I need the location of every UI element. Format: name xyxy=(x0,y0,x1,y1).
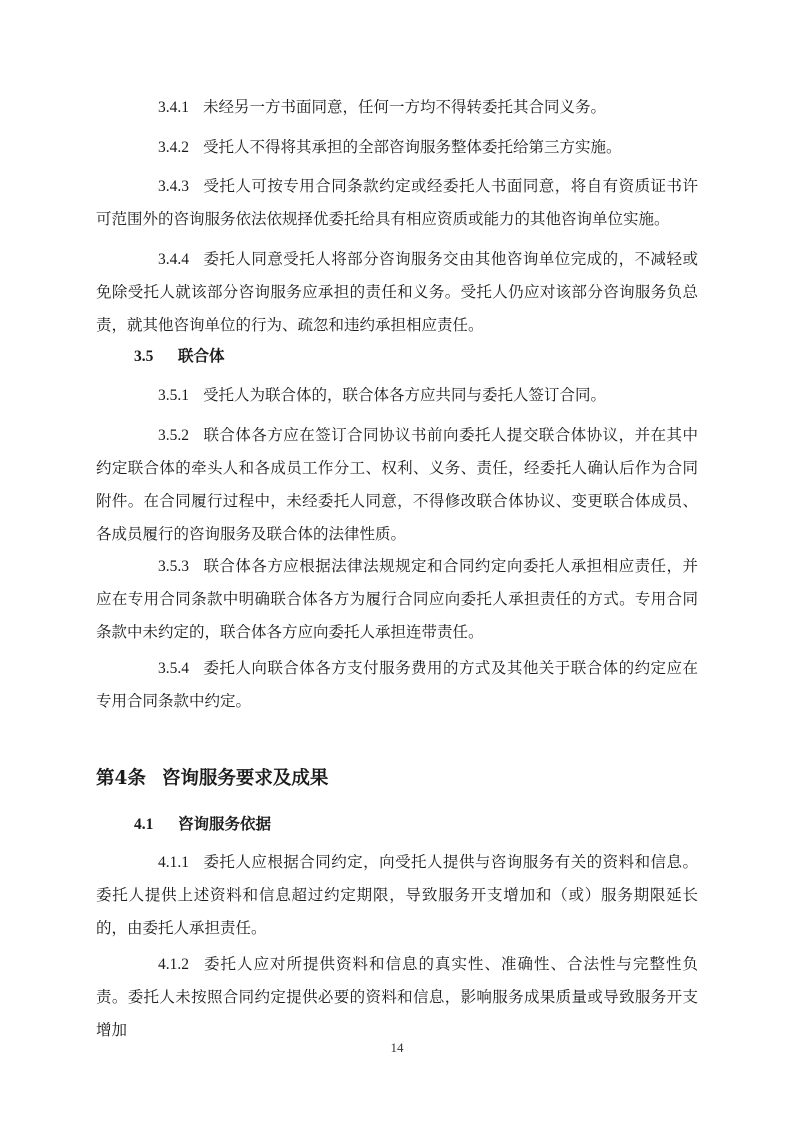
clause-number: 3.4.2 xyxy=(127,131,189,164)
clause-text: 未经另一方书面同意，任何一方均不得转委托其合同义务。 xyxy=(203,98,606,116)
article-number: 第4条 xyxy=(96,765,146,793)
clause-number: 3.4.4 xyxy=(127,243,189,276)
clause-4-1-2: 4.1.2委托人应对所提供资料和信息的真实性、准确性、合法性与完整性负责。委托人… xyxy=(96,948,698,1047)
clause-text: 受托人为联合体的，联合体各方应共同与委托人签订合同。 xyxy=(203,386,606,404)
section-number: 4.1 xyxy=(134,813,178,837)
clause-number: 4.1.1 xyxy=(127,846,189,879)
page-number: 14 xyxy=(0,1040,794,1056)
clause-number: 3.4.1 xyxy=(127,91,189,124)
clause-number: 3.5.1 xyxy=(127,379,189,412)
section-number: 3.5 xyxy=(134,345,178,369)
clause-3-4-4: 3.4.4委托人同意受托人将部分咨询服务交由其他咨询单位完成的，不减轻或免除受托… xyxy=(96,243,698,342)
article-title: 咨询服务要求及成果 xyxy=(162,768,329,789)
clause-text: 受托人不得将其承担的全部咨询服务整体委托给第三方实施。 xyxy=(203,138,622,156)
article-4-heading: 第4条咨询服务要求及成果 xyxy=(96,765,328,793)
clause-number: 3.5.2 xyxy=(127,419,189,452)
section-title: 咨询服务依据 xyxy=(178,814,271,833)
clause-number: 4.1.2 xyxy=(127,948,189,981)
clause-4-1-1: 4.1.1委托人应根据合同约定，向受托人提供与咨询服务有关的资料和信息。委托人提… xyxy=(96,846,698,945)
clause-number: 3.4.3 xyxy=(127,170,189,203)
clause-3-5-3: 3.5.3联合体各方应根据法律法规规定和合同约定向委托人承担相应责任，并应在专用… xyxy=(96,550,698,649)
clause-number: 3.5.3 xyxy=(127,550,189,583)
clause-3-4-1: 3.4.1未经另一方书面同意，任何一方均不得转委托其合同义务。 xyxy=(96,91,698,124)
clause-3-4-2: 3.4.2受托人不得将其承担的全部咨询服务整体委托给第三方实施。 xyxy=(96,131,698,164)
clause-3-5-1: 3.5.1受托人为联合体的，联合体各方应共同与委托人签订合同。 xyxy=(96,379,698,412)
section-4-1-heading: 4.1咨询服务依据 xyxy=(134,812,271,837)
section-3-5-heading: 3.5联合体 xyxy=(134,344,225,369)
section-title: 联合体 xyxy=(178,346,225,365)
clause-3-4-3: 3.4.3受托人可按专用合同条款约定或经委托人书面同意，将自有资质证书许可范围外… xyxy=(96,170,698,236)
clause-3-5-2: 3.5.2联合体各方应在签订合同协议书前向委托人提交联合体协议，并在其中约定联合… xyxy=(96,419,698,551)
clause-number: 3.5.4 xyxy=(127,652,189,685)
clause-3-5-4: 3.5.4委托人向联合体各方支付服务费用的方式及其他关于联合体的约定应在专用合同… xyxy=(96,652,698,718)
